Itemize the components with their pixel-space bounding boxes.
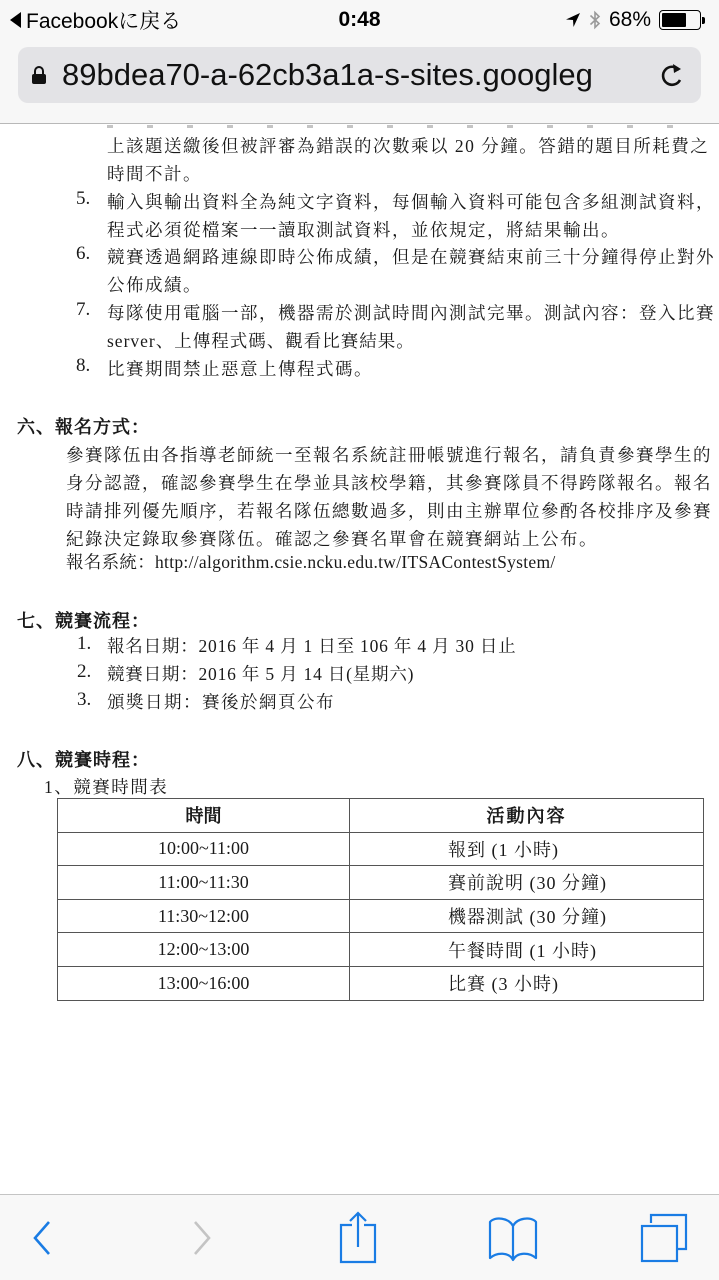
section-7-heading: 七、競賽流程： <box>17 607 150 633</box>
rule-4-line-2: 時間不計。 <box>107 161 202 186</box>
time-cell: 13:00~16:00 <box>58 966 350 1000</box>
browser-toolbar <box>0 1194 719 1280</box>
activity-cell: 比賽 (3 小時) <box>350 966 704 1000</box>
activity-cell: 報到 (1 小時) <box>350 832 704 866</box>
rule-7-number: 7. <box>76 299 90 321</box>
share-button[interactable] <box>318 1195 398 1280</box>
book-icon <box>487 1214 539 1262</box>
back-button[interactable] <box>2 1195 82 1280</box>
address-bar[interactable]: 89bdea70-a-62cb3a1a-s-sites.googleg <box>18 47 701 103</box>
timetable-subheading: 1、競賽時間表 <box>44 774 168 799</box>
tabs-button[interactable] <box>624 1195 704 1280</box>
activity-cell: 午餐時間 (1 小時) <box>350 933 704 967</box>
time-cell: 12:00~13:00 <box>58 933 350 967</box>
share-icon <box>338 1210 378 1266</box>
section-6-line-4: 紀錄決定錄取參賽隊伍。確認之參賽名單會在競賽網站上公布。 <box>66 526 598 551</box>
table-header-row: 時間 活動內容 <box>58 799 704 833</box>
rule-4-line-1: 上該題送繳後但被評審為錯誤的次數乘以 20 分鐘。答錯的題目所耗費之 <box>107 133 709 158</box>
url-text[interactable]: 89bdea70-a-62cb3a1a-s-sites.googleg <box>62 57 651 93</box>
rule-5-number: 5. <box>76 188 90 210</box>
section-8-heading: 八、競賽時程： <box>17 746 150 772</box>
rule-6-line-1: 競賽透過網路連線即時公佈成績，但是在競賽結束前三十分鐘得停止對外 <box>107 244 715 269</box>
forward-button[interactable] <box>162 1195 242 1280</box>
time-cell: 11:00~11:30 <box>58 866 350 900</box>
registration-date: 報名日期：2016 年 4 月 1 日至 106 年 4 月 30 日止 <box>107 633 516 658</box>
activity-cell: 機器測試 (30 分鐘) <box>350 899 704 933</box>
chevron-right-icon <box>190 1218 214 1258</box>
rule-6-line-2: 公佈成績。 <box>107 272 202 297</box>
battery-percent: 68% <box>609 8 651 32</box>
section-6-line-1: 參賽隊伍由各指導老師統一至報名系統註冊帳號進行報名，請負責參賽學生的 <box>66 442 712 467</box>
rule-8-number: 8. <box>76 355 90 377</box>
section-6-line-2: 身分認證，確認參賽學生在學並具該校學籍，其參賽隊員不得跨隊報名。報名 <box>66 470 712 495</box>
table-row: 13:00~16:00 比賽 (3 小時) <box>58 966 704 1000</box>
schedule-item-1-number: 1. <box>77 633 91 655</box>
status-bar: Facebookに戻る 0:48 68% <box>0 0 719 40</box>
award-date: 頒獎日期：賽後於網頁公布 <box>107 689 335 714</box>
table-row: 10:00~11:00 報到 (1 小時) <box>58 832 704 866</box>
contest-date: 競賽日期：2016 年 5 月 14 日(星期六) <box>107 661 414 686</box>
section-6-line-3: 時請排列優先順序，若報名隊伍總數過多，則由主辦單位參酌各校排序及參賽 <box>66 498 712 523</box>
rule-5-line-2: 程式必須從檔案一一讀取測試資料，並依規定，將結果輸出。 <box>107 217 620 242</box>
table-row: 11:00~11:30 賽前說明 (30 分鐘) <box>58 866 704 900</box>
lock-icon <box>32 66 46 84</box>
tabs-icon <box>639 1213 689 1263</box>
bluetooth-icon <box>589 10 601 30</box>
browser-address-area: 89bdea70-a-62cb3a1a-s-sites.googleg <box>0 40 719 124</box>
battery-icon <box>659 10 705 30</box>
schedule-item-3-number: 3. <box>77 689 91 711</box>
rule-6-number: 6. <box>76 243 90 265</box>
rule-7-line-1: 每隊使用電腦一部，機器需於測試時間內測試完畢。測試內容：登入比賽 <box>107 300 715 325</box>
rule-7-line-2: server、上傳程式碼、觀看比賽結果。 <box>107 328 415 353</box>
location-arrow-icon <box>565 12 581 28</box>
time-cell: 10:00~11:00 <box>58 832 350 866</box>
activity-cell: 賽前說明 (30 分鐘) <box>350 866 704 900</box>
back-to-app-link[interactable]: Facebookに戻る <box>10 5 181 35</box>
back-triangle-icon <box>10 12 21 28</box>
registration-system-link[interactable]: 報名系統：http://algorithm.csie.ncku.edu.tw/I… <box>66 549 556 574</box>
cut-off-text-fragment <box>107 125 687 128</box>
table-row: 11:30~12:00 機器測試 (30 分鐘) <box>58 899 704 933</box>
rule-8-line-1: 比賽期間禁止惡意上傳程式碼。 <box>107 356 373 381</box>
table-row: 12:00~13:00 午餐時間 (1 小時) <box>58 933 704 967</box>
contest-timetable: 時間 活動內容 10:00~11:00 報到 (1 小時) 11:00~11:3… <box>57 798 704 1001</box>
chevron-left-icon <box>30 1218 54 1258</box>
back-to-app-label: Facebookに戻る <box>26 5 181 35</box>
column-header-activity: 活動內容 <box>350 799 704 833</box>
reload-icon[interactable] <box>659 61 685 89</box>
bookmarks-button[interactable] <box>473 1195 553 1280</box>
schedule-item-2-number: 2. <box>77 661 91 683</box>
rule-5-line-1: 輸入與輸出資料全為純文字資料，每個輸入資料可能包含多組測試資料， <box>107 189 715 214</box>
section-6-heading: 六、報名方式： <box>17 413 150 439</box>
column-header-time: 時間 <box>58 799 350 833</box>
time-cell: 11:30~12:00 <box>58 899 350 933</box>
document-content: 上該題送繳後但被評審為錯誤的次數乘以 20 分鐘。答錯的題目所耗費之 時間不計。… <box>0 125 719 1195</box>
